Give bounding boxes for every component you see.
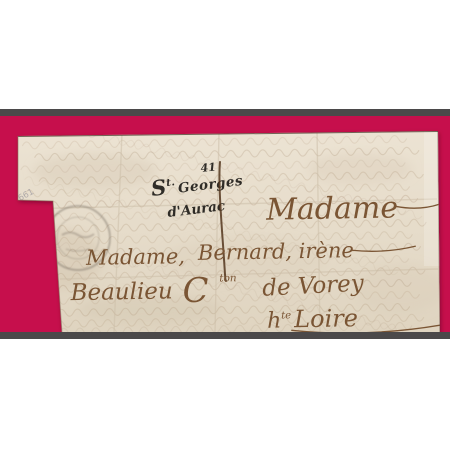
address-line4-word: Loire bbox=[293, 304, 358, 333]
address-line2-word2: Bernard, irène bbox=[197, 238, 354, 265]
address-canton-sup: ton bbox=[219, 272, 237, 284]
address-line4-initial: h bbox=[267, 308, 282, 333]
address-line3-word2: de Vorey bbox=[262, 270, 366, 301]
address-line1: Madame bbox=[265, 190, 398, 227]
postmark-number: 41 bbox=[200, 160, 217, 175]
address-canton-initial: C bbox=[182, 271, 209, 311]
photo-frame-bottom bbox=[0, 332, 450, 339]
letter-cover: 661 41 St.Georges d'Aurac Madame Madame, bbox=[11, 118, 445, 338]
product-image: 661 41 St.Georges d'Aurac Madame Madame, bbox=[0, 0, 450, 450]
photo-frame-top bbox=[0, 109, 450, 116]
postmark-t: t. bbox=[166, 177, 176, 189]
address-line2-word1: Madame, bbox=[85, 244, 185, 270]
address-line3-word1: Beaulieu bbox=[69, 278, 173, 306]
address-line4: hteLoire bbox=[267, 304, 358, 334]
photo-frame: 661 41 St.Georges d'Aurac Madame Madame, bbox=[0, 109, 450, 339]
address-line4-sup: te bbox=[281, 310, 291, 321]
